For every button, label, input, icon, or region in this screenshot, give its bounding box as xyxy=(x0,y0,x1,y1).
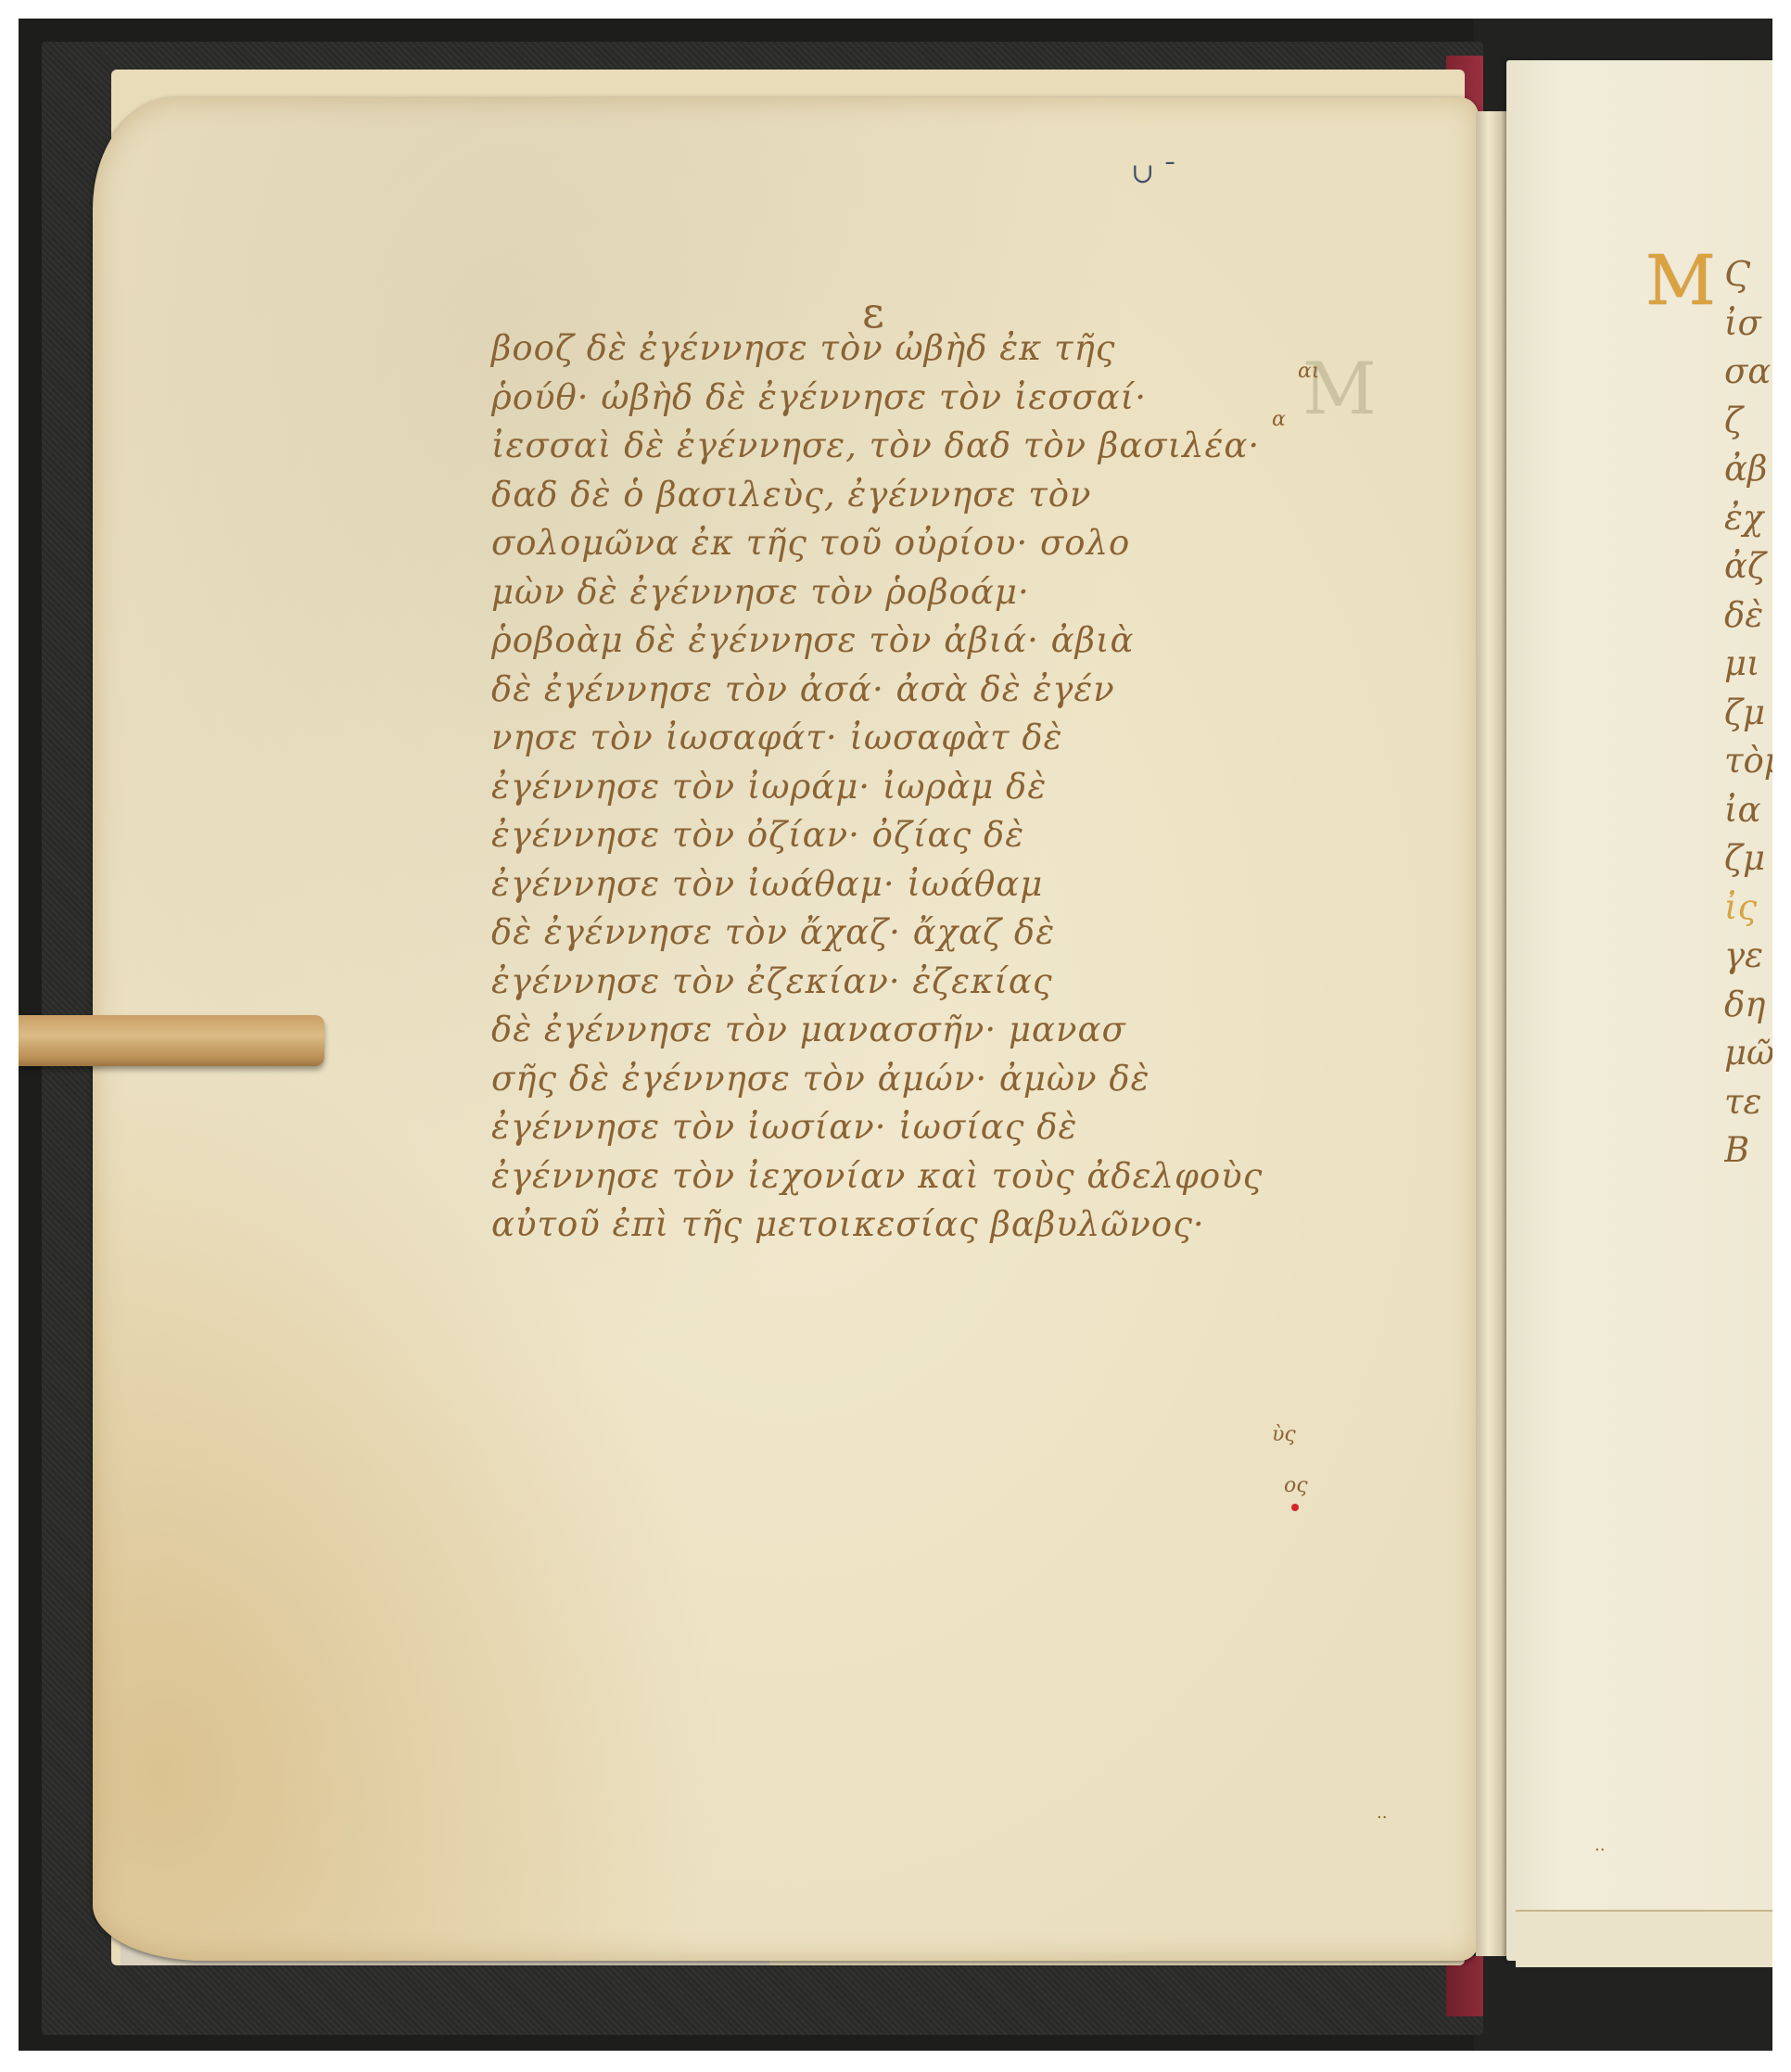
right-text-line: ζμ xyxy=(1724,689,1772,738)
bottom-ink-dots-right: .. xyxy=(1594,1836,1605,1855)
quire-mark: ε xyxy=(862,287,884,337)
supralinear-abbrev: ος xyxy=(1284,1474,1308,1497)
bottom-ink-dots: .. xyxy=(1377,1803,1387,1823)
text-line: ἐγέννησε τὸν ὀζίαν· ὀζίας δὲ xyxy=(491,811,1344,860)
text-line: σολομῶνα ἐκ τῆς τοῦ οὐρίου· σολο xyxy=(491,519,1344,568)
main-text-block: ε βοοζ δὲ ἐγέννησε τὸν ὠβὴδ ἐκ τῆς ῥούθ·… xyxy=(491,324,1344,1250)
right-text-line: δὲ xyxy=(1724,591,1772,641)
supralinear-abbrev: αι xyxy=(1298,360,1319,383)
supralinear-abbrev: ὺς xyxy=(1272,1423,1296,1446)
right-text-line-gilt-nomen-sacrum: ἰς xyxy=(1724,883,1772,933)
text-line: ἐγέννησε τὸν ἰεχονίαν καὶ τοὺς ἀδελφοὺς xyxy=(491,1152,1344,1201)
right-text-line: μῶ xyxy=(1724,1029,1772,1078)
right-text-line: τε xyxy=(1724,1078,1772,1127)
text-line: ἐγέννησε τὸν ἰωάθαμ· ἰωάθαμ xyxy=(491,860,1344,909)
manuscript-photo: ∪ ˉ M ε βοοζ δὲ ἐγέννησε τὸν ὠβὴδ ἐκ τῆς… xyxy=(19,19,1772,2051)
right-text-line: γε xyxy=(1724,932,1772,981)
text-line: δὲ ἐγέννησε τὸν ἄχαζ· ἄχαζ δὲ xyxy=(491,909,1344,958)
right-text-line: ἀβ xyxy=(1724,445,1772,494)
wooden-page-weight-rod xyxy=(19,1015,324,1066)
text-line: σῆς δὲ ἐγέννησε τὸν ἀμών· ἀμὼν δὲ xyxy=(491,1055,1344,1104)
text-line: βοοζ δὲ ἐγέννησε τὸν ὠβὴδ ἐκ τῆς xyxy=(491,324,1344,374)
gilt-initial: M xyxy=(1645,241,1716,321)
text-line: ἐγέννησε τὸν ἰωσίαν· ἰωσίας δὲ xyxy=(491,1103,1344,1152)
right-text-line: τὸμ xyxy=(1724,737,1772,786)
right-text-line: ἐχ xyxy=(1724,494,1772,543)
right-text-line: μι xyxy=(1724,640,1772,689)
pencil-mark: ∪ ˉ xyxy=(1131,158,1177,190)
text-line: αὐτοῦ ἐπὶ τῆς μετοικεσίας βαβυλῶνος· xyxy=(491,1201,1344,1250)
right-page-leaf-stack xyxy=(1516,1910,1772,1967)
text-line: δὲ ἐγέννησε τὸν μανασσῆν· μανασ xyxy=(491,1006,1344,1055)
right-text-line: ἰα xyxy=(1724,786,1772,835)
supralinear-abbrev: α xyxy=(1272,408,1286,431)
right-text-line: ἰσ xyxy=(1724,299,1772,349)
text-line: ἐγέννησε τὸν ἐζεκίαν· ἐζεκίας xyxy=(491,958,1344,1007)
right-text-line: ἀζ xyxy=(1724,542,1772,591)
text-line: δὲ ἐγέννησε τὸν ἀσά· ἀσὰ δὲ ἐγέν xyxy=(491,666,1344,715)
text-line: ῥοβοὰμ δὲ ἐγέννησε τὸν ἀβιά· ἀβιὰ xyxy=(491,617,1344,666)
right-text-line: Β xyxy=(1724,1126,1772,1176)
right-text-line: Ϛ xyxy=(1724,250,1772,299)
text-line: νησε τὸν ἰωσαφάτ· ἰωσαφὰτ δὲ xyxy=(491,714,1344,763)
red-punctuation-point xyxy=(1291,1504,1299,1511)
right-text-line: ζ xyxy=(1724,397,1772,446)
right-text-line: σα xyxy=(1724,348,1772,397)
right-text-line: δη xyxy=(1724,981,1772,1030)
right-text-line: ζμ xyxy=(1724,834,1772,883)
text-line: ἐγέννησε τὸν ἰωράμ· ἰωρὰμ δὲ xyxy=(491,763,1344,812)
text-line: ῥούθ· ὠβὴδ δὲ ἐγέννησε τὸν ἰεσσαί· xyxy=(491,374,1344,423)
text-line: δαδ δὲ ὁ βασιλεὺς, ἐγέννησε τὸν xyxy=(491,471,1344,520)
gutter xyxy=(1476,111,1508,1956)
right-page-text: Ϛ ἰσ σα ζ ἀβ ἐχ ἀζ δὲ μι ζμ τὸμ ἰα ζμ ἰς… xyxy=(1724,250,1772,1176)
text-line: μὼν δὲ ἐγέννησε τὸν ῥοβοάμ· xyxy=(491,568,1344,617)
text-line: ἰεσσαὶ δὲ ἐγέννησε, τὸν δαδ τὸν βασιλέα· xyxy=(491,422,1344,471)
